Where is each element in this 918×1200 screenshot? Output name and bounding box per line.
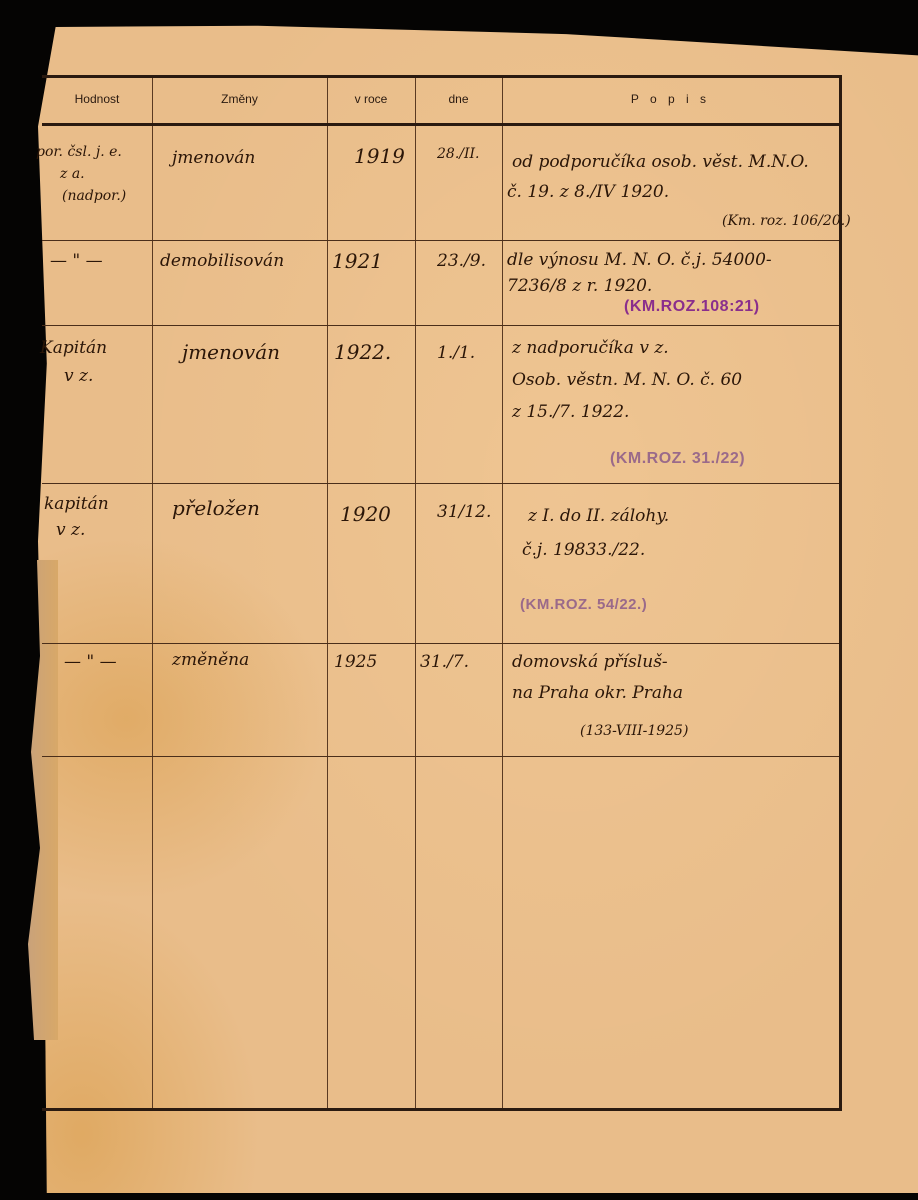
cell-hodnost: z a.: [60, 166, 85, 182]
header-dne: dne: [415, 92, 502, 106]
registry-stamp: (KM.ROZ. 54/22.): [520, 596, 647, 613]
cell-hodnost: v z.: [64, 366, 93, 386]
row-divider: [42, 483, 839, 484]
cell-hodnost: por. čsl. j. e.: [36, 144, 122, 160]
cell-dne: 31/12.: [437, 502, 491, 522]
cell-hodnost: v z.: [56, 520, 85, 540]
cell-hodnost: — " —: [64, 652, 117, 672]
header-zmeny: Změny: [152, 92, 327, 106]
header-v-roce: v roce: [327, 92, 415, 106]
service-record-table: Hodnost Změny v roce dne P o p i s por. …: [42, 75, 842, 1111]
cell-dne: 28./II.: [437, 146, 480, 162]
cell-popis: Osob. věstn. M. N. O. č. 60: [512, 370, 742, 390]
cell-dne: 23./9.: [437, 251, 486, 271]
cell-zmeny: jmenován: [172, 148, 255, 168]
cell-dne: 1./1.: [437, 343, 475, 363]
cell-popis: domovská přísluš-: [512, 652, 668, 672]
cell-popis: 7236/8 z r. 1920.: [507, 276, 652, 296]
header-popis: P o p i s: [502, 92, 839, 106]
column-divider: [152, 78, 153, 1108]
header-rule: [42, 123, 839, 126]
column-divider: [327, 78, 328, 1108]
cell-v-roce: 1925: [334, 652, 377, 672]
cell-popis: z 15./7. 1922.: [512, 402, 629, 422]
cell-zmeny: změněna: [172, 650, 249, 670]
cell-v-roce: 1921: [332, 249, 383, 273]
cell-popis: od podporučíka osob. věst. M.N.O.: [512, 152, 809, 172]
cell-v-roce: 1919: [354, 144, 405, 168]
cell-zmeny: jmenován: [182, 340, 280, 364]
cell-popis: č.j. 19833./22.: [522, 540, 645, 560]
column-divider: [415, 78, 416, 1108]
cell-v-roce: 1920: [340, 502, 391, 526]
cell-popis: (Km. roz. 106/20.): [722, 213, 851, 229]
registry-stamp: (KM.ROZ.108:21): [624, 298, 760, 316]
cell-dne: 31./7.: [420, 652, 469, 672]
row-divider: [42, 756, 839, 757]
cell-zmeny: demobilisován: [160, 251, 284, 271]
header-hodnost: Hodnost: [42, 92, 152, 106]
cell-hodnost: — " —: [50, 251, 103, 271]
registry-stamp: (KM.ROZ. 31./22): [610, 450, 745, 468]
cell-zmeny: přeložen: [172, 496, 260, 520]
row-divider: [42, 643, 839, 644]
cell-hodnost: Kapitán: [40, 338, 107, 358]
cell-hodnost: (nadpor.): [62, 188, 126, 204]
cell-popis: z nadporučíka v z.: [512, 338, 669, 358]
cell-popis: dle výnosu M. N. O. č.j. 54000-: [507, 250, 772, 270]
column-divider: [502, 78, 503, 1108]
row-divider: [42, 325, 839, 326]
cell-popis: (133-VIII-1925): [580, 723, 688, 739]
cell-v-roce: 1922.: [334, 340, 391, 364]
cell-popis: z I. do II. zálohy.: [528, 506, 669, 526]
cell-hodnost: kapitán: [44, 494, 109, 514]
row-divider: [42, 240, 839, 241]
cell-popis: č. 19. z 8./IV 1920.: [507, 182, 669, 202]
cell-popis: na Praha okr. Praha: [512, 683, 683, 703]
